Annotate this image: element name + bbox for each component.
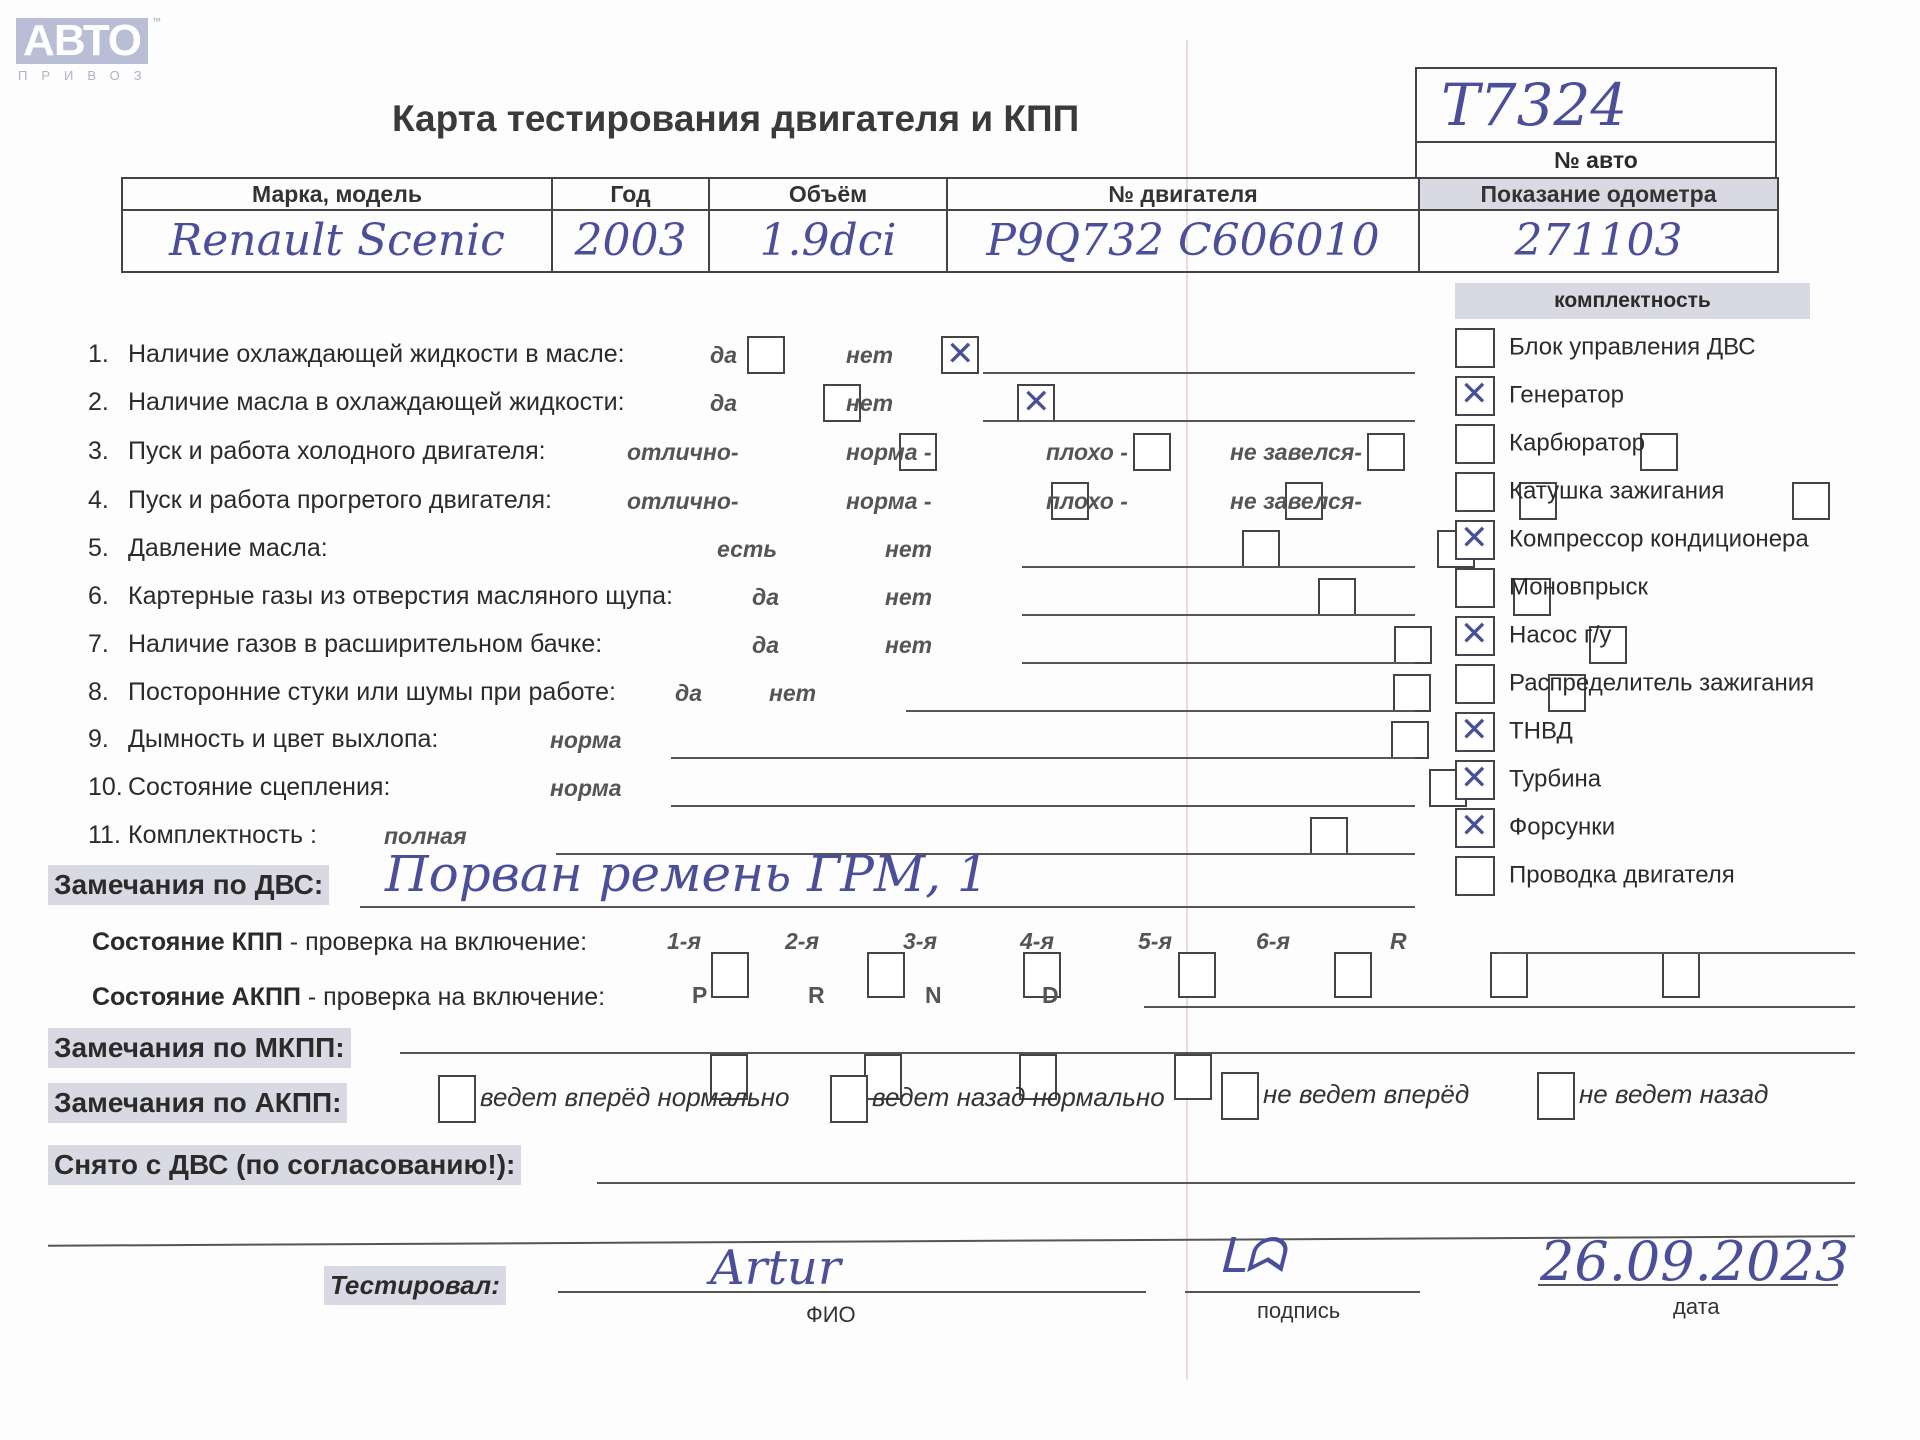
option-label: плохо -: [1046, 439, 1128, 466]
checkbox[interactable]: [1640, 433, 1678, 471]
checkbox[interactable]: [747, 336, 785, 374]
name-line: [558, 1291, 1146, 1293]
tested-label: Тестировал:: [324, 1266, 506, 1305]
col-odometer: Показание одометра: [1419, 178, 1778, 210]
check-label: Посторонние стуки или шумы при работе:: [128, 678, 616, 706]
option-label: не завелся-: [1230, 488, 1362, 515]
removed-line[interactable]: [597, 1182, 1855, 1184]
col-engine-number: № двигателя: [947, 178, 1419, 210]
option-label: есть: [717, 536, 777, 563]
checkbox[interactable]: [1221, 1072, 1259, 1120]
completeness-item[interactable]: Компрессор кондиционера: [1455, 520, 1809, 560]
kpp-gear-label: R: [1390, 928, 1407, 955]
akpp-label-rest: - проверка на включение:: [301, 983, 605, 1011]
kpp-gear-checkbox[interactable]: [1334, 952, 1372, 998]
notes-line[interactable]: [1022, 566, 1415, 568]
akpp-remark-option-label: ведет вперёд нормально: [480, 1082, 789, 1112]
logo-subtitle: ПРИВОЗ: [16, 68, 156, 83]
check-row: 8.Посторонние стуки или шумы при работе:: [88, 678, 616, 707]
check-row: 6.Картерные газы из отверстия масляного …: [88, 582, 673, 611]
check-label: Состояние сцепления:: [128, 773, 390, 801]
auto-number-value[interactable]: T7324: [1417, 69, 1775, 143]
kpp-gear-checkbox[interactable]: [1178, 952, 1216, 998]
notes-line[interactable]: [671, 805, 1415, 807]
check-label: Наличие охлаждающей жидкости в масле:: [128, 340, 625, 368]
notes-line[interactable]: [983, 372, 1415, 374]
checkbox[interactable]: [1455, 760, 1495, 800]
removed-label: Снято с ДВС (по согласованию!):: [48, 1145, 521, 1185]
option-label: нет: [885, 584, 932, 611]
check-row: 5.Давление масла:: [88, 534, 328, 563]
completeness-header: комплектность: [1455, 283, 1810, 319]
completeness-item[interactable]: Блок управления ДВС: [1455, 328, 1756, 368]
option-label: норма -: [846, 439, 932, 466]
logo-tm: ™: [152, 16, 161, 26]
checkbox[interactable]: [1537, 1072, 1575, 1120]
completeness-item-label: Блок управления ДВС: [1509, 333, 1756, 360]
option-label: плохо -: [1046, 488, 1128, 515]
check-label: Пуск и работа холодного двигателя:: [128, 437, 546, 465]
checkbox[interactable]: [1455, 376, 1495, 416]
completeness-item-label: Компрессор кондиционера: [1509, 525, 1809, 552]
checkbox[interactable]: [1455, 856, 1495, 896]
option-label: нет: [846, 390, 893, 417]
option-label: отлично-: [627, 439, 739, 466]
akpp-label-bold: Состояние АКПП: [92, 983, 301, 1011]
signature[interactable]: ᒪᗣ: [1218, 1228, 1285, 1285]
akpp-gear-label: R: [808, 982, 825, 1009]
signature-caption: подпись: [1257, 1298, 1340, 1324]
kpp-gear-label: 3-я: [903, 928, 937, 955]
kpp-gear-label: 1-я: [667, 928, 701, 955]
checkbox[interactable]: [1391, 721, 1429, 759]
check-row: 4.Пуск и работа прогретого двигателя:: [88, 486, 552, 515]
checkbox[interactable]: [1792, 482, 1830, 520]
option-label: да: [710, 342, 737, 369]
engine-checklist: 1.Наличие охлаждающей жидкости в масле:д…: [0, 0, 1920, 38]
check-row: 3.Пуск и работа холодного двигателя:: [88, 437, 546, 466]
check-label: Наличие газов в расширительном бачке:: [128, 630, 602, 658]
completeness-item-label: Насос г/у: [1509, 621, 1611, 648]
completeness-item-label: Карбюратор: [1509, 429, 1645, 456]
checkbox[interactable]: [1310, 817, 1348, 855]
option-label: отлично-: [627, 488, 739, 515]
auto-number-label: № авто: [1417, 143, 1775, 177]
completeness-item[interactable]: Форсунки: [1455, 808, 1615, 848]
check-number: 5.: [88, 534, 128, 563]
checkbox[interactable]: [1393, 674, 1431, 712]
col-year: Год: [552, 178, 709, 210]
checkbox[interactable]: [830, 1075, 868, 1123]
kpp-label-bold: Состояние КПП: [92, 928, 283, 956]
completeness-item[interactable]: Моновпрыск: [1455, 568, 1648, 608]
check-number: 3.: [88, 437, 128, 466]
akpp-remark-option-label: ведет назад нормально: [872, 1082, 1165, 1112]
mkpp-remarks-label: Замечания по МКПП:: [48, 1028, 351, 1068]
option-label: норма: [550, 727, 622, 754]
logo-brand: АВТО: [16, 18, 148, 64]
akpp-remark-option[interactable]: ведет назад нормально: [830, 1075, 1165, 1123]
engine-number-value[interactable]: P9Q732 C606010: [947, 210, 1419, 272]
make-model-value[interactable]: Renault Scenic: [122, 210, 552, 272]
kpp-gear-checkbox[interactable]: [867, 952, 905, 998]
completeness-item-label: Турбина: [1509, 765, 1601, 792]
checkbox[interactable]: [1455, 472, 1495, 512]
check-row: 9.Дымность и цвет выхлопа:: [88, 725, 438, 754]
dvs-remarks-line: [360, 906, 1415, 908]
notes-line[interactable]: [1022, 614, 1415, 616]
completeness-item-label: Моновпрыск: [1509, 573, 1648, 600]
checkbox[interactable]: [1455, 712, 1495, 752]
completeness-item-label: Проводка двигателя: [1509, 861, 1735, 888]
completeness-item[interactable]: Катушка зажигания: [1455, 472, 1724, 512]
akpp-remark-option[interactable]: ведет вперёд нормально: [438, 1075, 789, 1123]
akpp-remark-option[interactable]: не ведет назад: [1537, 1072, 1768, 1120]
akpp-gear-label: N: [925, 982, 942, 1009]
completeness-item[interactable]: Турбина: [1455, 760, 1601, 800]
check-number: 4.: [88, 486, 128, 515]
completeness-item-label: Генератор: [1509, 381, 1624, 408]
check-number: 11.: [88, 821, 128, 850]
checkbox[interactable]: [1455, 520, 1495, 560]
option-label: норма -: [846, 488, 932, 515]
checkbox[interactable]: [1455, 328, 1495, 368]
check-label: Пуск и работа прогретого двигателя:: [128, 486, 552, 514]
checkbox[interactable]: [1133, 433, 1171, 471]
notes-line[interactable]: [1022, 662, 1415, 664]
col-make-model: Марка, модель: [122, 178, 552, 210]
kpp-gear-label: 4-я: [1020, 928, 1054, 955]
checkbox[interactable]: [941, 336, 979, 374]
checkbox[interactable]: [1455, 616, 1495, 656]
signature-line: [1185, 1291, 1420, 1293]
akpp-gear-label: D: [1042, 982, 1059, 1009]
check-number: 7.: [88, 630, 128, 659]
check-number: 10.: [88, 773, 128, 802]
option-label: нет: [885, 536, 932, 563]
option-label: да: [675, 680, 702, 707]
kpp-label-rest: - проверка на включение:: [283, 928, 587, 956]
checkbox[interactable]: [1455, 808, 1495, 848]
kpp-label: Состояние КПП - проверка на включение:: [92, 928, 587, 957]
completeness-item[interactable]: ТНВД: [1455, 712, 1573, 752]
check-label: Наличие масла в охлаждающей жидкости:: [128, 388, 625, 416]
checkbox[interactable]: [1318, 578, 1356, 616]
option-label: да: [752, 632, 779, 659]
auto-number-box: T7324 № авто: [1415, 67, 1777, 177]
completeness-item[interactable]: Генератор: [1455, 376, 1624, 416]
akpp-notes-line: [1144, 1006, 1855, 1008]
check-row: 7.Наличие газов в расширительном бачке:: [88, 630, 602, 659]
notes-line[interactable]: [671, 757, 1415, 759]
date-line: [1538, 1284, 1838, 1286]
check-row: 2.Наличие масла в охлаждающей жидкости:: [88, 388, 625, 417]
akpp-gear-checkbox[interactable]: [1174, 1054, 1212, 1100]
year-value[interactable]: 2003: [552, 210, 709, 272]
check-number: 8.: [88, 678, 128, 707]
check-row: 1.Наличие охлаждающей жидкости в масле:: [88, 340, 625, 369]
dvs-remarks-value[interactable]: Порван ремень ГРМ, 1: [385, 845, 989, 903]
logo: АВТО ™ ПРИВОЗ: [16, 18, 156, 83]
option-label: да: [710, 390, 737, 417]
notes-line[interactable]: [906, 710, 1415, 712]
tester-name[interactable]: Artur: [710, 1240, 841, 1296]
option-label: да: [752, 584, 779, 611]
checkbox[interactable]: [1242, 530, 1280, 568]
check-number: 9.: [88, 725, 128, 754]
option-label: нет: [769, 680, 816, 707]
completeness-item-label: ТНВД: [1509, 717, 1573, 744]
check-row: 10.Состояние сцепления:: [88, 773, 390, 802]
option-label: нет: [885, 632, 932, 659]
vehicle-info-table: Марка, модель Год Объём № двигателя Пока…: [121, 177, 1779, 273]
akpp-remark-option[interactable]: не ведет вперёд: [1221, 1072, 1469, 1120]
check-label: Дымность и цвет выхлопа:: [128, 725, 438, 753]
completeness-item-label: Форсунки: [1509, 813, 1615, 840]
notes-line[interactable]: [983, 420, 1415, 422]
checkbox[interactable]: [1455, 424, 1495, 464]
completeness-item[interactable]: Распределитель зажигания: [1455, 664, 1814, 704]
check-number: 2.: [88, 388, 128, 417]
akpp-gear-label: P: [692, 982, 707, 1009]
checkbox[interactable]: [1367, 433, 1405, 471]
check-number: 1.: [88, 340, 128, 369]
mkpp-remarks-line[interactable]: [400, 1052, 1855, 1054]
date-caption: дата: [1673, 1294, 1720, 1320]
kpp-gear-checkbox[interactable]: [1490, 952, 1528, 998]
option-label: норма: [550, 775, 622, 802]
akpp-remark-option-label: не ведет назад: [1579, 1079, 1768, 1109]
akpp-remark-option-label: не ведет вперёд: [1263, 1079, 1469, 1109]
checkbox[interactable]: [1455, 664, 1495, 704]
col-volume: Объём: [709, 178, 947, 210]
name-caption: ФИО: [806, 1302, 856, 1328]
checkbox[interactable]: [1017, 384, 1055, 422]
completeness-item-label: Распределитель зажигания: [1509, 669, 1814, 696]
kpp-gear-label: 6-я: [1256, 928, 1290, 955]
dvs-remarks-label: Замечания по ДВС:: [48, 865, 329, 905]
completeness-item[interactable]: Проводка двигателя: [1455, 856, 1735, 896]
kpp-notes-line: [1497, 952, 1855, 954]
check-row: 11.Комплектность :: [88, 821, 317, 850]
volume-value[interactable]: 1.9dci: [709, 210, 947, 272]
kpp-gear-label: 5-я: [1138, 928, 1172, 955]
checkbox[interactable]: [438, 1075, 476, 1123]
odometer-value[interactable]: 271103: [1419, 210, 1778, 272]
option-label: не завелся-: [1230, 439, 1362, 466]
option-label: нет: [846, 342, 893, 369]
check-label: Давление масла:: [128, 534, 328, 562]
checkbox[interactable]: [1455, 568, 1495, 608]
akpp-label: Состояние АКПП - проверка на включение:: [92, 983, 605, 1012]
kpp-gear-checkbox[interactable]: [711, 952, 749, 998]
completeness-item[interactable]: Карбюратор: [1455, 424, 1645, 464]
completeness-item[interactable]: Насос г/у: [1455, 616, 1611, 656]
check-number: 6.: [88, 582, 128, 611]
check-label: Картерные газы из отверстия масляного щу…: [128, 582, 673, 610]
akpp-remarks-label: Замечания по АКПП:: [48, 1083, 347, 1123]
page-title: Карта тестирования двигателя и КПП: [392, 98, 1079, 140]
check-label: Комплектность :: [128, 821, 317, 849]
kpp-gear-label: 2-я: [785, 928, 819, 955]
checkbox[interactable]: [1394, 626, 1432, 664]
completeness-item-label: Катушка зажигания: [1509, 477, 1724, 504]
kpp-gear-checkbox[interactable]: [1662, 952, 1700, 998]
